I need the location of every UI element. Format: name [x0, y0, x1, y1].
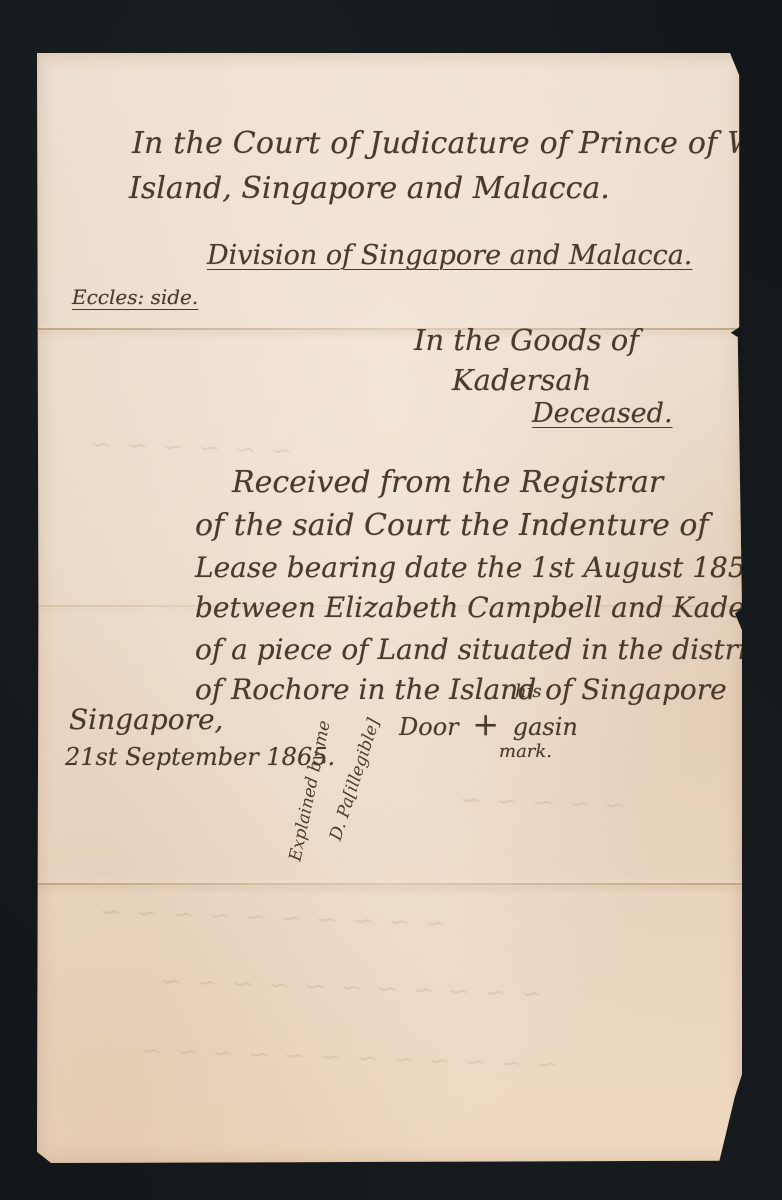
- ink-bleed-through: ~ ~ ~ ~ ~: [457, 785, 627, 821]
- mark-label: mark.: [499, 741, 552, 762]
- mark-his-label: his: [515, 681, 542, 702]
- fold-line-lower: [37, 883, 742, 885]
- body-line: Lease bearing date the 1st August 1859, …: [195, 551, 782, 584]
- body-line: of a piece of Land situated in the distr…: [195, 633, 774, 666]
- signature-line-b: D. Pa[illegible]: [326, 716, 384, 843]
- cross-mark-icon: +: [472, 705, 499, 743]
- deceased-label: Deceased.: [532, 398, 673, 429]
- ink-bleed-through: ~ ~ ~ ~ ~ ~: [87, 429, 293, 466]
- deceased-name: Kadersah: [452, 363, 591, 397]
- body-line: Received from the Registrar: [232, 465, 663, 500]
- document-paper: ~ ~ ~ ~ ~ ~ ~ ~ ~ ~ ~ ~ ~ ~ ~ ~ ~ ~ ~ ~ …: [37, 53, 742, 1163]
- place-of-signing: Singapore,: [69, 703, 223, 736]
- body-line: between Elizabeth Campbell and Kadersa: [195, 591, 782, 624]
- mark-signature: Door + gasin: [399, 705, 578, 743]
- matter-line1: In the Goods of: [414, 323, 639, 357]
- signature-line-a: Explained by me: [285, 719, 334, 863]
- ink-bleed-through: ~ ~ ~ ~ ~ ~ ~ ~ ~ ~: [97, 897, 447, 939]
- ink-bleed-through: ~ ~ ~ ~ ~ ~ ~ ~ ~ ~ ~: [157, 966, 543, 1009]
- division-heading: Division of Singapore and Malacca.: [207, 240, 692, 271]
- body-line: of the said Court the Indenture of: [195, 508, 709, 543]
- side-label: Eccles: side.: [72, 285, 198, 309]
- court-title-line2: Island, Singapore and Malacca.: [129, 171, 610, 206]
- mark-name-left: Door: [399, 713, 459, 741]
- court-title-line1: In the Court of Judicature of Prince of …: [132, 126, 782, 161]
- ink-bleed-through: ~ ~ ~ ~ ~ ~ ~ ~ ~ ~ ~ ~: [137, 1036, 559, 1081]
- mark-name-right: gasin: [513, 713, 578, 741]
- witness-signature: Explained by me D. Pa[illegible]: [267, 693, 377, 863]
